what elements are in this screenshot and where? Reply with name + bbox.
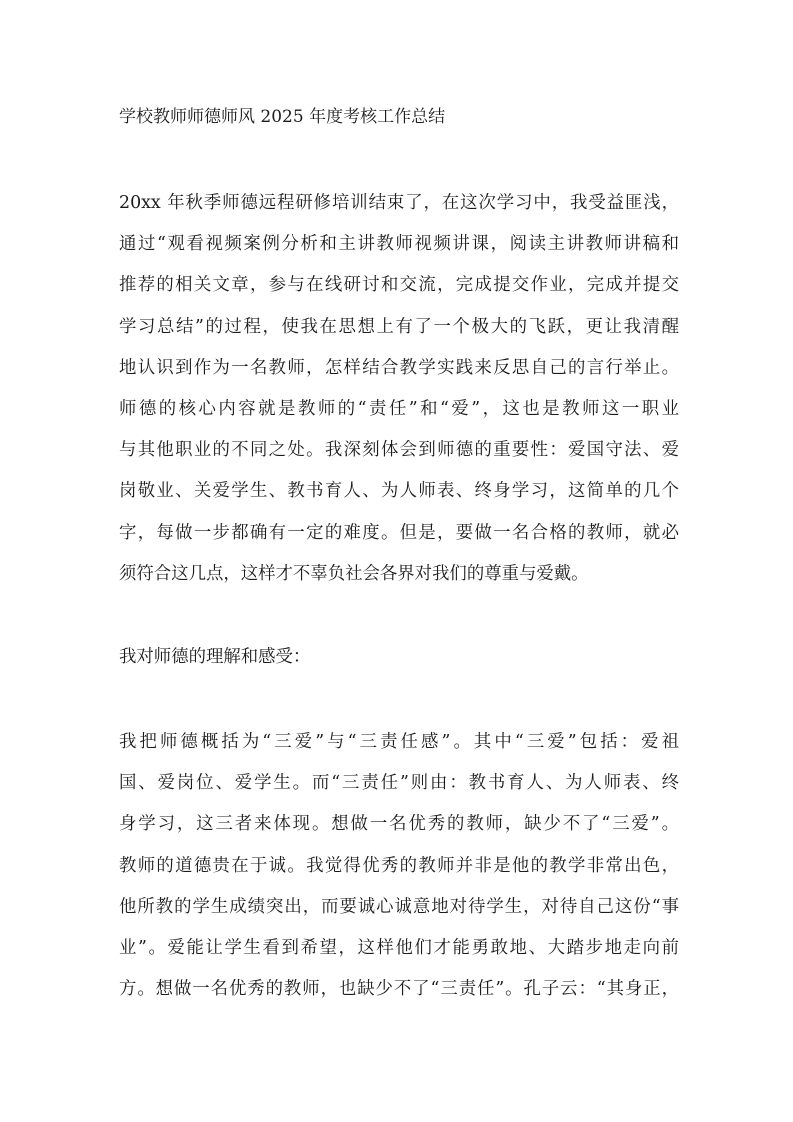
text-line: 业”。爱能让学生看到希望，这样他们才能勇敢地、大踏步地走向前 [119, 928, 679, 969]
text-line: 国、爱岗位、爱学生。而“三责任”则由：教书育人、为人师表、终 [119, 763, 679, 804]
text-line: 他所教的学生成绩突出，而要诚心诚意地对待学生，对待自己这份“事 [119, 887, 679, 928]
text-line: 师德的核心内容就是教师的“责任”和“爱”，这也是教师这一职业 [119, 389, 679, 430]
paragraph-intro: 20xx 年秋季师德远程研修培训结束了，在这次学习中，我受益匪浅， 通过“观看视… [119, 183, 679, 595]
text-line: 字，每做一步都确有一定的难度。但是，要做一名合格的教师，就必 [119, 513, 679, 554]
text-line: 通过“观看视频案例分析和主讲教师视频讲课，阅读主讲教师讲稿和 [119, 224, 679, 265]
text-line: 岗敬业、关爱学生、教书育人、为人师表、终身学习，这简单的几个 [119, 471, 679, 512]
paragraph-three-loves: 我把师德概括为“三爱”与“三责任感”。其中“三爱”包括：爱祖 国、爱岗位、爱学生… [119, 722, 679, 1010]
text-line: 地认识到作为一名教师，怎样结合教学实践来反思自己的言行举止。 [119, 348, 679, 389]
text-line: 推荐的相关文章，参与在线研讨和交流，完成提交作业，完成并提交 [119, 265, 679, 306]
text-line: 学习总结”的过程，使我在思想上有了一个极大的飞跃，更让我清醒 [119, 307, 679, 348]
text-line: 方。想做一名优秀的教师，也缺少不了“三责任”。孔子云：“其身正， [119, 969, 679, 1010]
text-line: 须符合这几点，这样才不辜负社会各界对我们的尊重与爱戴。 [119, 554, 679, 595]
text-line: 20xx 年秋季师德远程研修培训结束了，在这次学习中，我受益匪浅， [119, 183, 679, 224]
text-line: 与其他职业的不同之处。我深刻体会到师德的重要性：爱国守法、爱 [119, 430, 679, 471]
text-line: 教师的道德贵在于诚。我觉得优秀的教师并非是他的教学非常出色， [119, 846, 679, 887]
text-line: 身学习，这三者来体现。想做一名优秀的教师，缺少不了“三爱”。 [119, 804, 679, 845]
section-heading-understanding: 我对师德的理解和感受： [119, 637, 679, 678]
text-line: 我对师德的理解和感受： [119, 637, 679, 678]
text-line: 我把师德概括为“三爱”与“三责任感”。其中“三爱”包括：爱祖 [119, 722, 679, 763]
document-title: 学校教师师德师风 2025 年度考核工作总结 [119, 104, 679, 130]
